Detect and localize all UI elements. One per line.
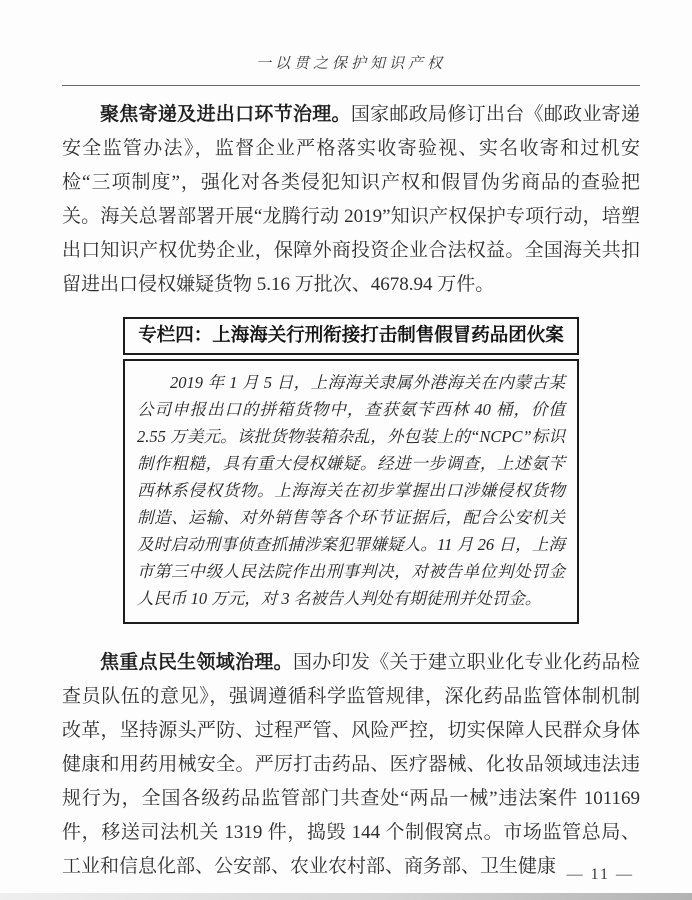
callout-box-body: 2019 年 1 月 5 日，上海海关隶属外港海关在内蒙古某公司申报出口的拼箱货…	[123, 359, 579, 624]
paragraph-livelihood-governance: 焦重点民生领域治理。国办印发《关于建立职业化专业化药品检查员队伍的意见》，强调遵…	[62, 646, 640, 884]
page-number: — 11 —	[567, 866, 634, 884]
paragraph-text: 国家邮政局修订出台《邮政业寄递安全监管办法》，监督企业严格落实收寄验视、实名收寄…	[62, 104, 640, 295]
paragraph-lead-bold: 聚焦寄递及进出口环节治理。	[100, 104, 351, 125]
header-divider	[62, 85, 640, 86]
callout-box-column4: 专栏四：上海海关行刑衔接打击制售假冒药品团伙案 2019 年 1 月 5 日，上…	[123, 317, 579, 624]
paragraph-lead-bold: 焦重点民生领域治理。	[100, 652, 293, 673]
document-page: 一以贯之保护知识产权 聚焦寄递及进出口环节治理。国家邮政局修订出台《邮政业寄递安…	[0, 0, 692, 900]
callout-box-title: 专栏四：上海海关行刑衔接打击制售假冒药品团伙案	[123, 317, 579, 355]
document-body: 聚焦寄递及进出口环节治理。国家邮政局修订出台《邮政业寄递安全监管办法》，监督企业…	[62, 98, 640, 884]
running-head-title: 一以贯之保护知识产权	[62, 52, 640, 73]
scan-shadow-artifact	[0, 893, 692, 900]
paragraph-text: 国办印发《关于建立职业化专业化药品检查员队伍的意见》，强调遵循科学监管规律，深化…	[62, 652, 640, 877]
paragraph-postal-customs: 聚焦寄递及进出口环节治理。国家邮政局修订出台《邮政业寄递安全监管办法》，监督企业…	[62, 98, 640, 302]
